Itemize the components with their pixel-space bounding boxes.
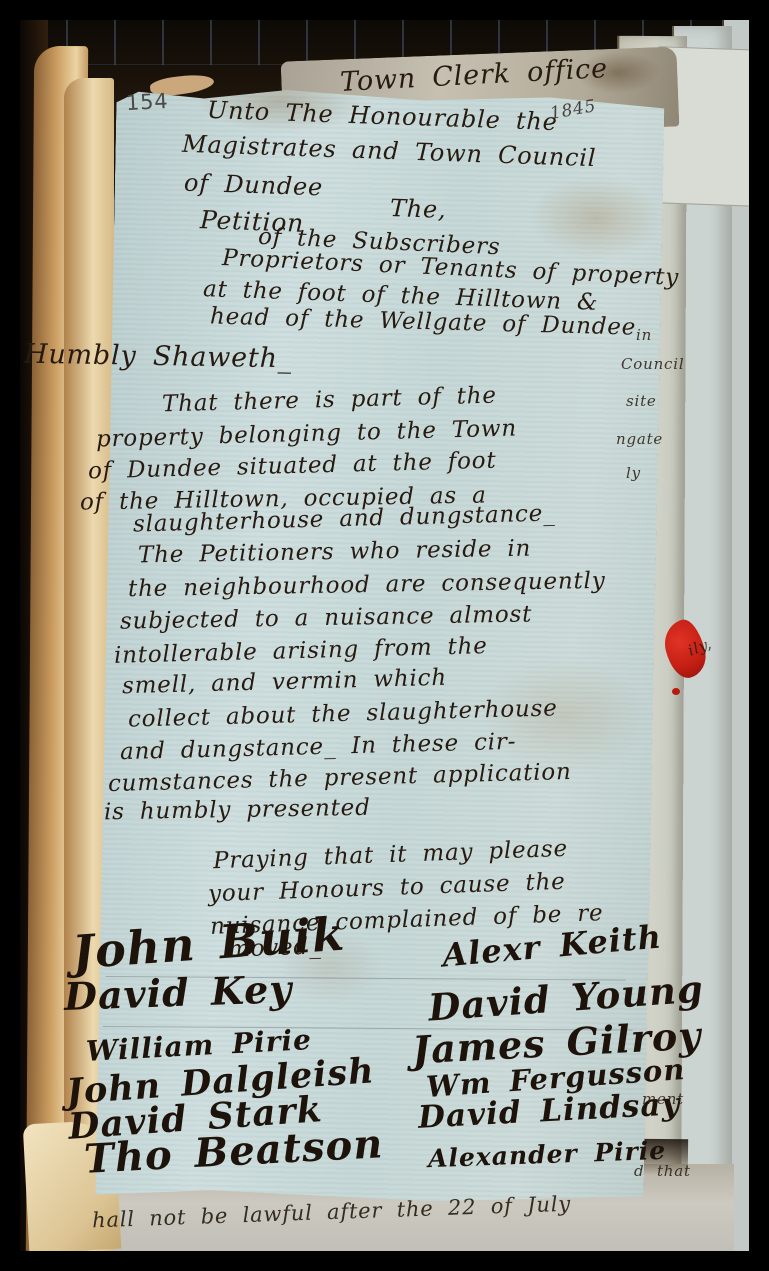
margin-fragment: d that [634,1164,691,1179]
body-line: collect about the slaughterhouse [128,697,558,731]
body-line: is humbly presented [104,797,371,825]
margin-fragment: in [636,328,652,343]
photograph-frame: Town Clerk office 154 1845 Unto The Hono… [0,0,769,1271]
body-line: the neighbourhood are consequently [128,570,606,601]
body-line: The Petitioners who reside in [138,538,531,568]
page-number: 154 [125,91,169,114]
body-line: and dungstance_ In these cir- [120,731,517,764]
header-annotation: Town Clerk office [339,55,608,96]
signature: David Key [63,970,293,1016]
address-line: Magistrates and Town Council [182,132,597,170]
underlying-text-line: hall not be lawful after the 22 of July [92,1194,571,1232]
body-line: of Dundee situated at the foot [88,450,497,484]
salutation: Humbly Shaweth_ [24,341,293,373]
handwriting-layer: Town Clerk office 154 1845 Unto The Hono… [0,0,769,1271]
address-line: of Dundee [184,171,324,200]
body-line: property belonging to the Town [96,417,517,451]
body-line: intollerable arising from the [114,635,488,668]
prayer-line: Praying that it may please [213,838,569,873]
margin-fragment: ily, [686,636,714,658]
margin-fragment: ly [626,466,641,481]
petition-article: The, [390,196,447,222]
address-line: Unto The Honourable the [207,98,558,134]
body-line: smell, and vermin which [122,667,447,698]
signature: Tho Beatson [83,1124,384,1180]
body-line: cumstances the present application [108,761,572,796]
signature: John Buik [71,911,347,976]
margin-fragment: ment [642,1092,684,1107]
margin-fragment: ngate [616,432,663,447]
signature: Alexander Pirie [428,1138,667,1171]
margin-fragment: Council [621,357,684,372]
margin-fragment: site [626,394,657,409]
body-line: subjected to a nuisance almost [120,603,533,633]
body-line: That there is part of the [162,385,497,417]
prayer-line: your Honours to cause the [208,871,566,906]
